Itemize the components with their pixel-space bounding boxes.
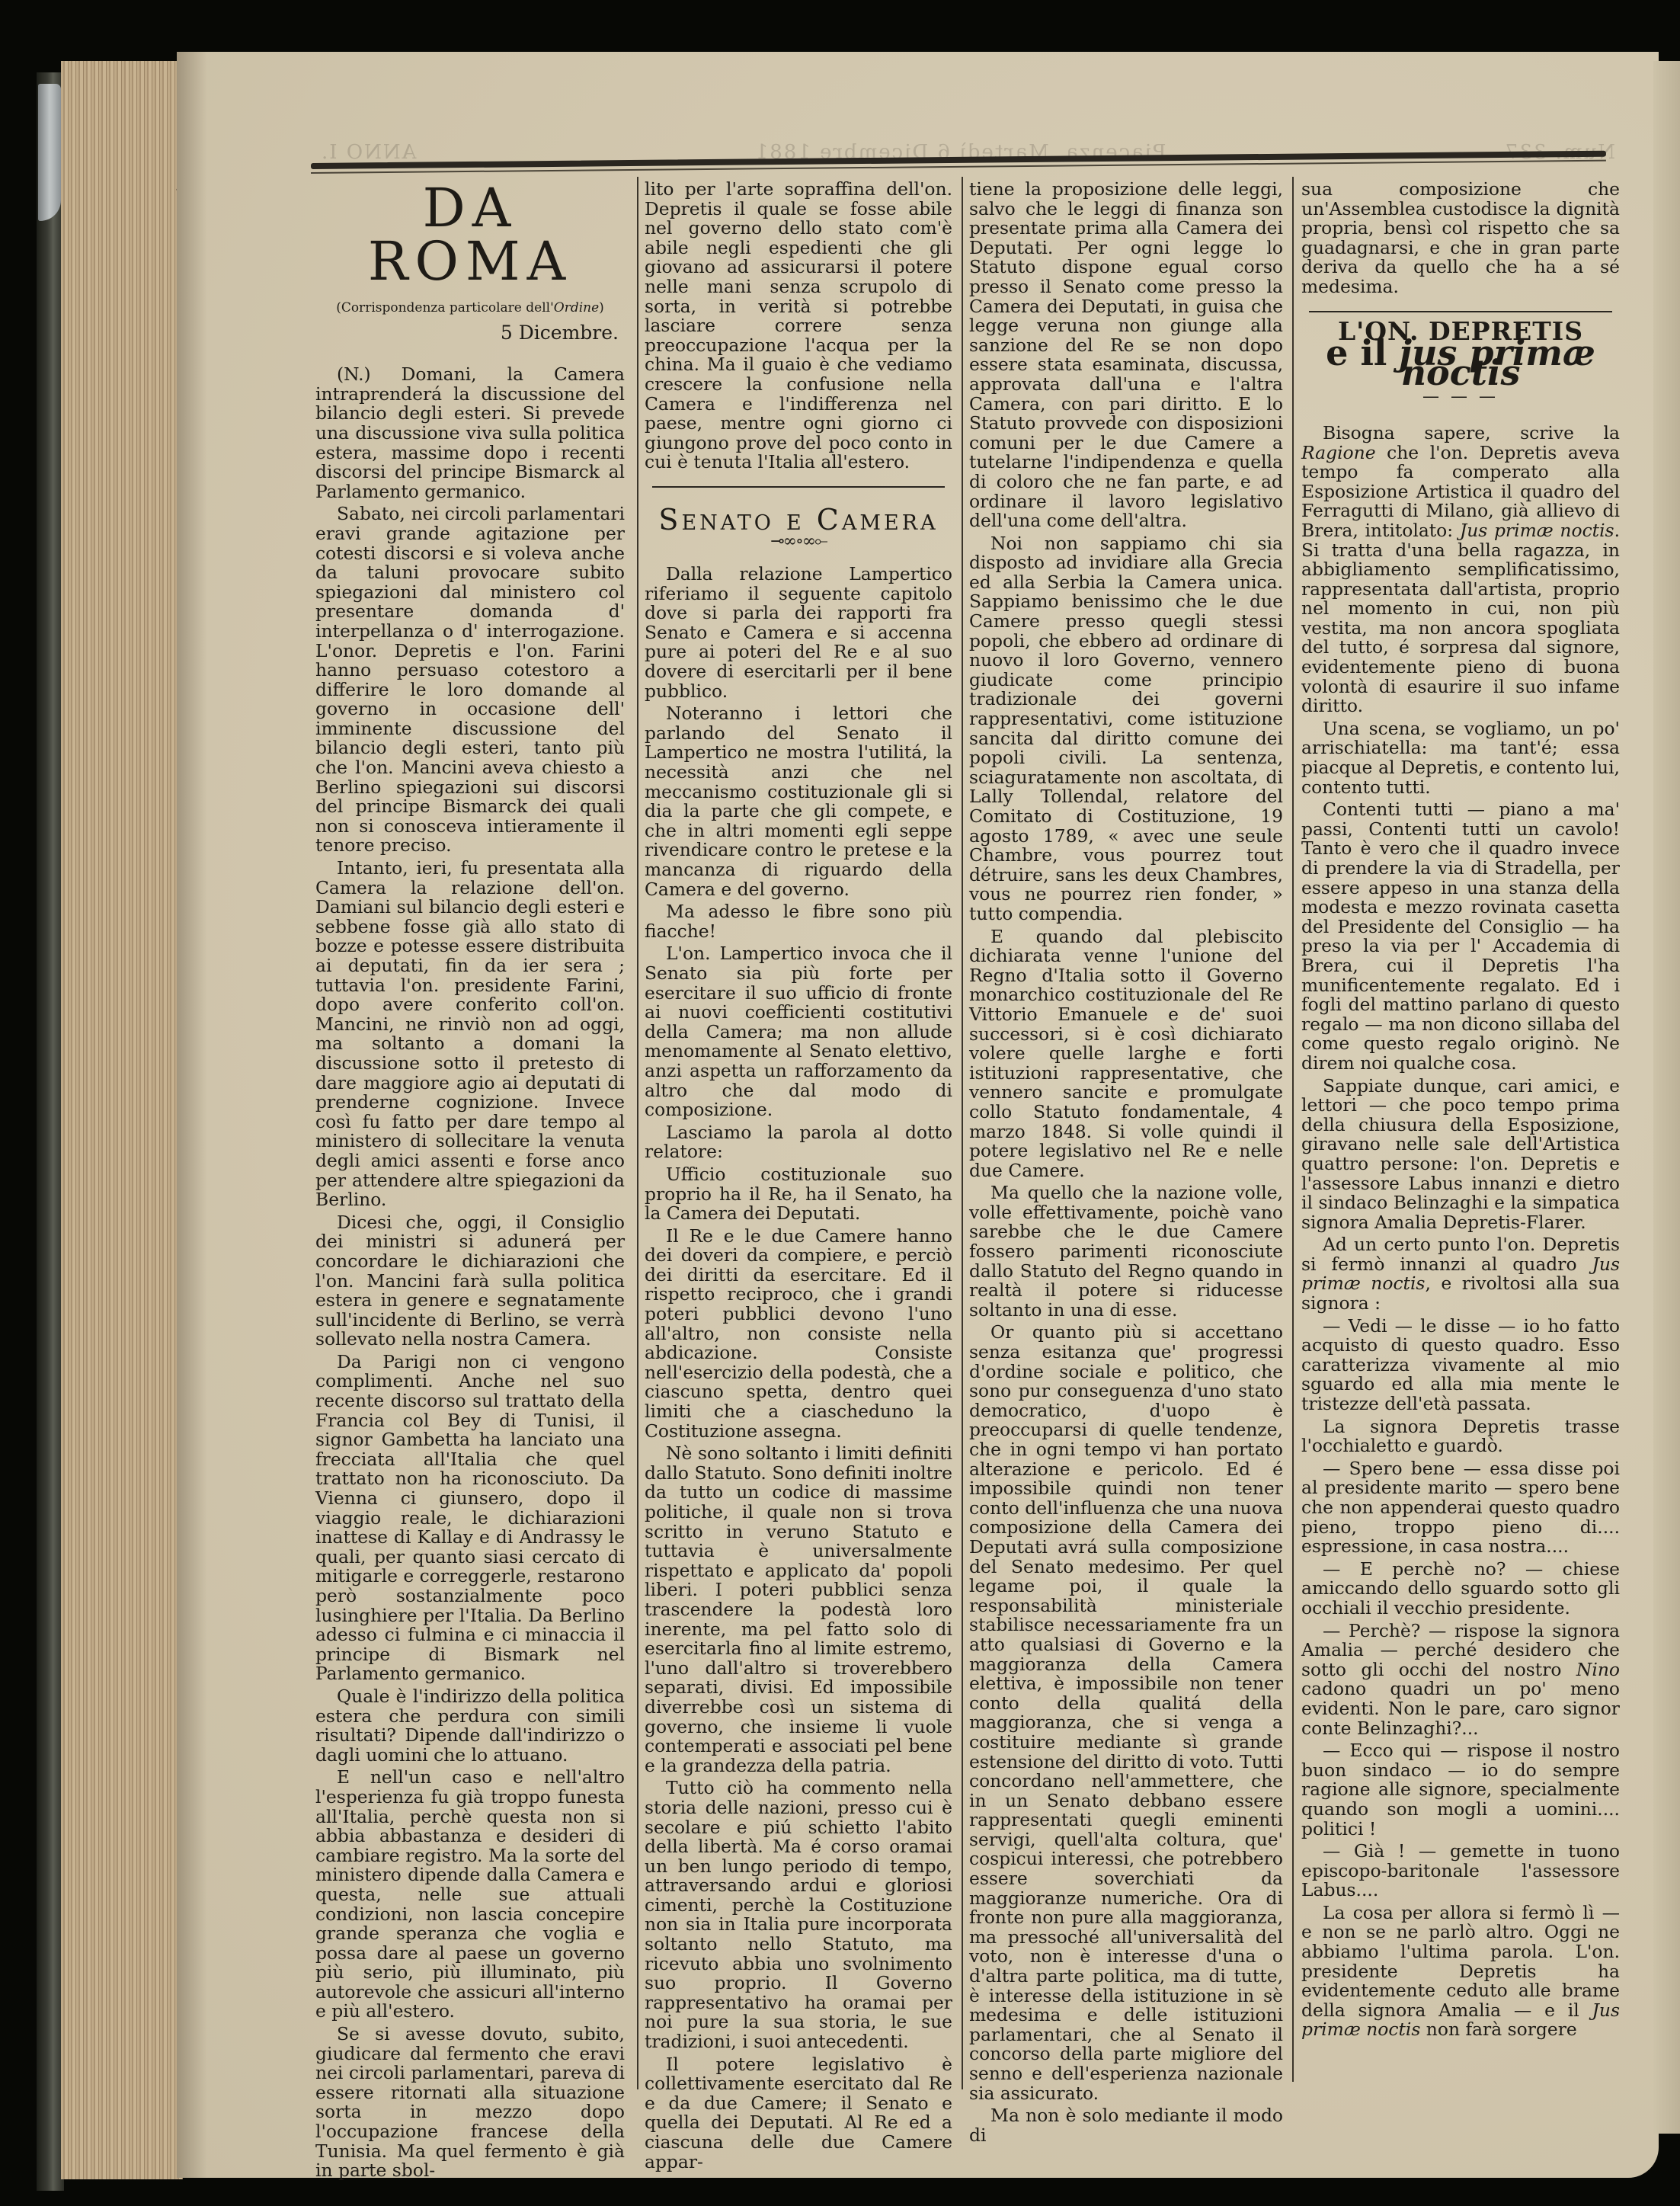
subtitle-text: e il (1326, 332, 1399, 373)
paragraph: Tutto ciò ha commento nella storia delle… (645, 1779, 952, 2051)
paragraph: E nell'un caso e nell'altro l'esperienza… (315, 1768, 625, 2022)
paragraph: E quando dal plebiscito dichiarata venne… (969, 927, 1283, 1181)
paragraph: Lasciamo la parola al dotto relatore: (645, 1123, 952, 1162)
italic-text: Jus primæ noctis (1460, 520, 1614, 541)
paragraph: Noi non sappiamo chi sia disposto ad inv… (969, 534, 1283, 924)
paragraph: Sappiate dunque, cari amici, e lettori —… (1301, 1077, 1620, 1233)
paragraph: — Vedi — le disse — io ho fatto acquisto… (1301, 1317, 1620, 1414)
paragraph: Or quanto più si accettano senza esitanz… (969, 1323, 1283, 2103)
paragraph: Il potere legislativo è collettivamente … (645, 2055, 952, 2172)
paragraph: Ma adesso le fibre sono più fiacche! (645, 902, 952, 941)
section-title-senato-camera: Senato e Camera (645, 511, 952, 530)
paragraph: Contenti tutti — piano a ma' passi, Cont… (1301, 800, 1620, 1073)
paragraph: Quale è l'indirizzo della politica ester… (315, 1687, 625, 1765)
paragraph: L'on. Lampertico invoca che il Senato si… (645, 944, 952, 1119)
book-binding (37, 72, 64, 2191)
paragraph-continued: sua composizione che un'Assemblea custod… (1301, 180, 1620, 297)
paragraph-continued: lito per l'arte sopraffina dell'on. Depr… (645, 180, 952, 472)
italic-text: Ragione (1301, 442, 1376, 463)
paragraph: Bisogna sapere, scrive la Ragione che l'… (1301, 424, 1620, 716)
paragraph: — Perchè? — rispose la signora Amalia — … (1301, 1622, 1620, 1739)
paragraph: Intanto, ieri, fu presentata alla Camera… (315, 859, 625, 1210)
paragraph-continued: tiene la proposizione delle leggi, salvo… (969, 180, 1283, 531)
text: — Perchè? — rispose la signora Amalia — … (1301, 1620, 1620, 1680)
paragraph: Dalla relazione Lampertico riferiamo il … (645, 565, 952, 701)
text: . Si tratta d'una bella ragazza, in abbi… (1301, 520, 1620, 716)
column-divider-1 (637, 177, 638, 2089)
article-title-da-roma: DA ROMA (315, 181, 625, 288)
paragraph: — Spero bene — essa disse poi al preside… (1301, 1459, 1620, 1557)
gutter-shadow (177, 52, 207, 2178)
paragraph: (N.) Domani, la Camera intraprenderá la … (315, 365, 625, 501)
paragraph: Da Parigi non ci vengono complimenti. An… (315, 1353, 625, 1684)
paragraph: Ad un certo punto l'on. Depretis si ferm… (1301, 1235, 1620, 1313)
byline-paper: Ordine (554, 300, 599, 315)
byline: (Corrispondenza particolare dell'Ordine) (315, 299, 625, 319)
paragraph: Una scena, se vogliamo, un po' arrischia… (1301, 719, 1620, 797)
subtitle-italic: jus primæ noctis (1399, 332, 1595, 393)
paragraph: Dicesi che, oggi, il Consiglio dei minis… (315, 1213, 625, 1350)
italic-text: Nino (1576, 1659, 1620, 1680)
paragraph: Ma quello che la nazione volle, volle ef… (969, 1183, 1283, 1320)
paragraph: Ufficio costituzionale suo proprio ha il… (645, 1165, 952, 1224)
column-2: lito per l'arte sopraffina dell'on. Depr… (645, 180, 952, 2172)
page-stack-edge: 241 (61, 61, 183, 2179)
column-3: tiene la proposizione delle leggi, salvo… (969, 180, 1283, 2145)
paragraph: La signora Depretis trasse l'occhialetto… (1301, 1417, 1620, 1456)
text: cadono quadri un po' meno evidenti. Non … (1301, 1678, 1620, 1738)
column-1: DA ROMA (Corrispondenza particolare dell… (315, 180, 625, 2181)
paragraph: — E perchè no? — chiese amiccando dello … (1301, 1560, 1620, 1618)
dateline: 5 Dicembre. (315, 323, 619, 343)
article-subtitle: e il jus primæ noctis (1301, 344, 1620, 383)
text: Bisogna sapere, scrive la (1323, 422, 1620, 443)
paragraph: Noteranno i lettori che parlando del Sen… (645, 704, 952, 899)
section-separator (1309, 311, 1612, 312)
next-page-edge (1653, 61, 1680, 2134)
column-4: sua composizione che un'Assemblea custod… (1301, 180, 1620, 2040)
binding-plastic-cover (38, 84, 61, 221)
dash-separator: — — — (1301, 387, 1620, 407)
column-divider-3 (1292, 177, 1294, 2082)
paragraph: Ma non è solo mediante il modo di (969, 2106, 1283, 2145)
column-divider-2 (962, 177, 963, 2089)
paragraph: — Già ! — gemette in tuono episcopo-bari… (1301, 1842, 1620, 1900)
byline-close: ) (599, 300, 604, 315)
paragraph: Il Re e le due Camere hanno dei doveri d… (645, 1227, 952, 1442)
byline-text: (Corrispondenza particolare dell' (336, 300, 554, 315)
paragraph: Se si avesse dovuto, subito, giudicare d… (315, 2025, 625, 2181)
section-separator (652, 486, 945, 488)
paragraph: Nè sono soltanto i limiti definiti dallo… (645, 1444, 952, 1775)
text: La cosa per allora si fermò lì — e non s… (1301, 1902, 1620, 2021)
paragraph: La cosa per allora si fermò lì — e non s… (1301, 1903, 1620, 2040)
text: non farà sorgere (1420, 2019, 1576, 2040)
paragraph: — Ecco qui — rispose il nostro buon sind… (1301, 1741, 1620, 1839)
text: Ad un certo punto l'on. Depretis si ferm… (1301, 1234, 1620, 1275)
paragraph: Sabato, nei circoli parlamentari eravi g… (315, 504, 625, 856)
